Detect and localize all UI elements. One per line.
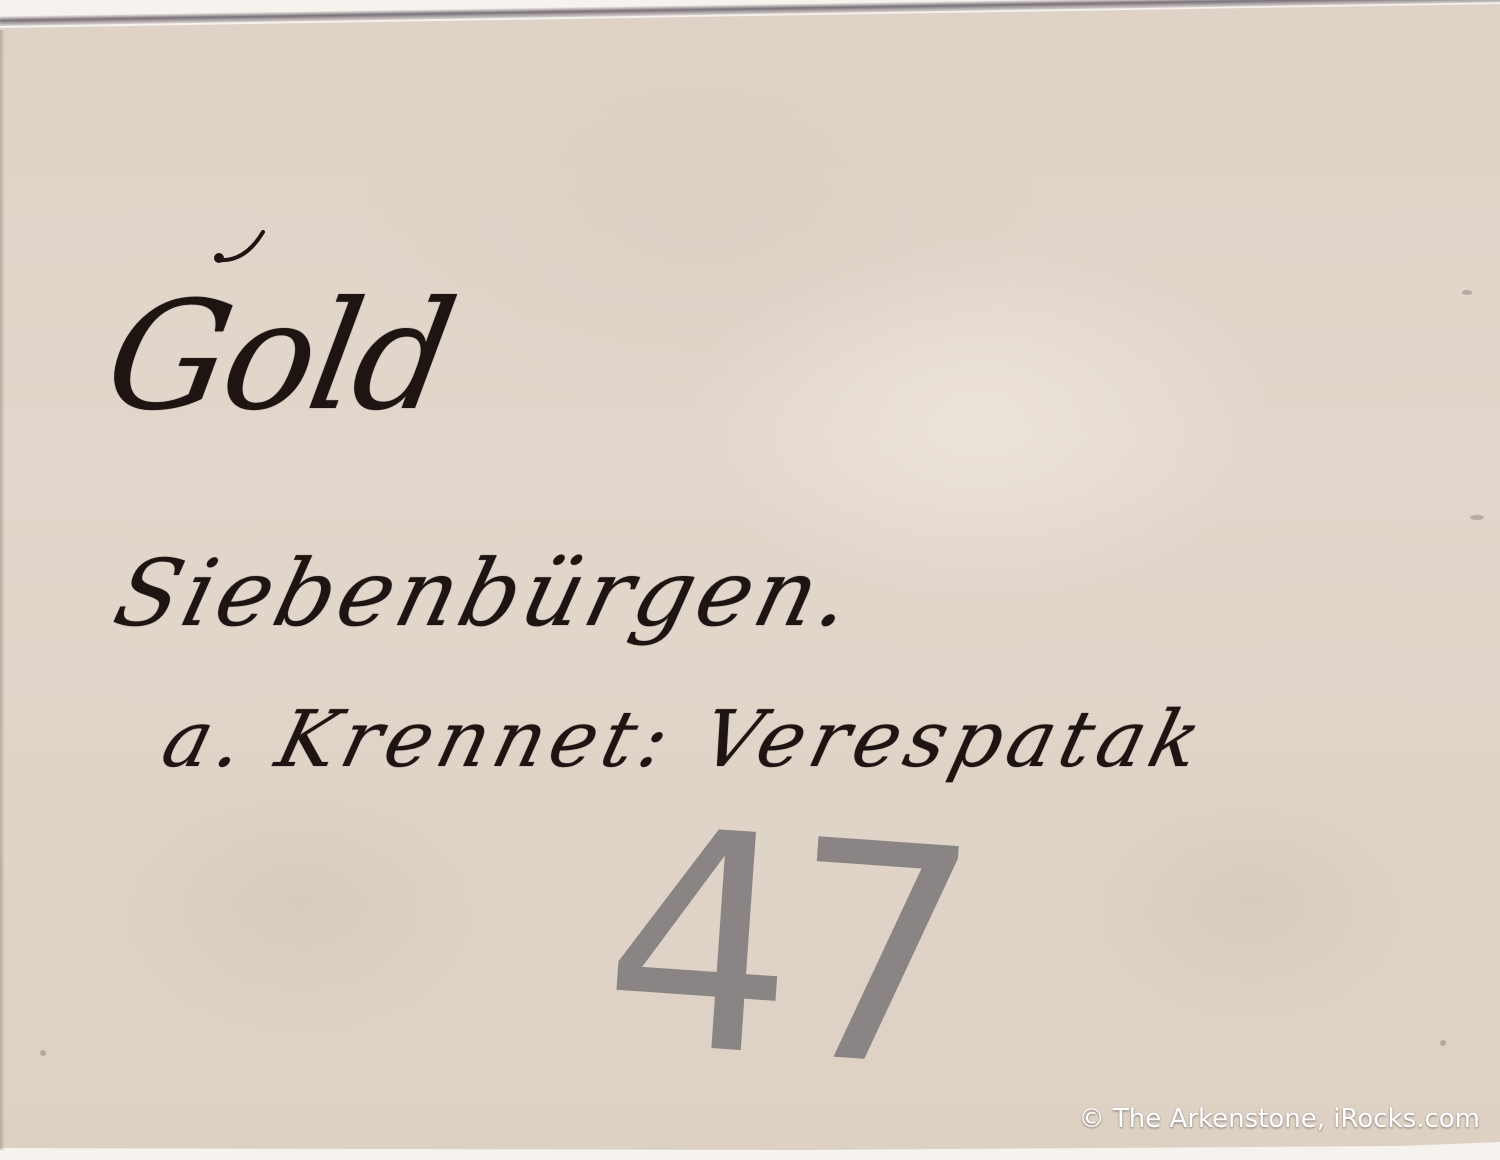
copyright-watermark: © The Arkenstone, iRocks.com — [1079, 1104, 1480, 1134]
paper-speck — [1470, 515, 1484, 520]
mineral-name: Gold — [95, 270, 464, 444]
paper-left-edge — [0, 30, 5, 1150]
locality-region: Siebenbürgen. — [105, 540, 867, 647]
paper-speck — [40, 1050, 46, 1056]
abbreviation-mark-icon — [205, 228, 275, 268]
catalog-number: 47 — [595, 788, 977, 1113]
paper-speck — [1462, 290, 1472, 295]
paper-speck — [1440, 1040, 1446, 1046]
